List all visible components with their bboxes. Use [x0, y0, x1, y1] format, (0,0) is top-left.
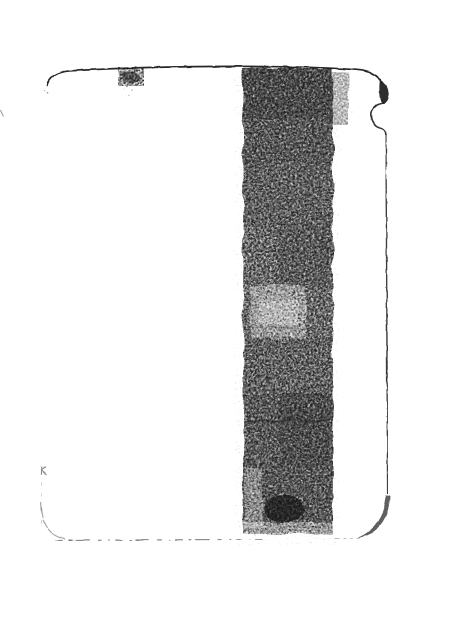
speck-dot — [351, 111, 352, 112]
speck-dot — [317, 423, 319, 425]
band-mid-upper — [243, 160, 333, 225]
outline-right-edge-dark-segment — [387, 320, 388, 386]
speck-dot — [124, 89, 125, 90]
ink-band — [235, 68, 348, 545]
speck-dot — [126, 86, 128, 88]
speck-dot — [131, 89, 133, 91]
print-canvas — [0, 0, 457, 636]
band-dark-top-edge — [243, 68, 333, 118]
smudge-grain — [118, 68, 144, 86]
band-dark-right-mid — [276, 224, 333, 288]
speck-dot — [47, 92, 49, 94]
speck-dot — [136, 84, 137, 85]
band-light-patch-core — [258, 300, 298, 326]
scanned-monoprint — [0, 0, 457, 636]
band-light-left-column — [245, 466, 262, 528]
band-dark-lower-right — [280, 393, 333, 466]
band-dark-blob-grain — [263, 496, 305, 522]
band-right-ragged-specks — [331, 80, 339, 520]
speck-dot — [128, 95, 129, 96]
band-left-ragged-specks — [235, 75, 245, 530]
speck-dot — [44, 90, 45, 91]
band-mid-lower — [243, 337, 333, 395]
